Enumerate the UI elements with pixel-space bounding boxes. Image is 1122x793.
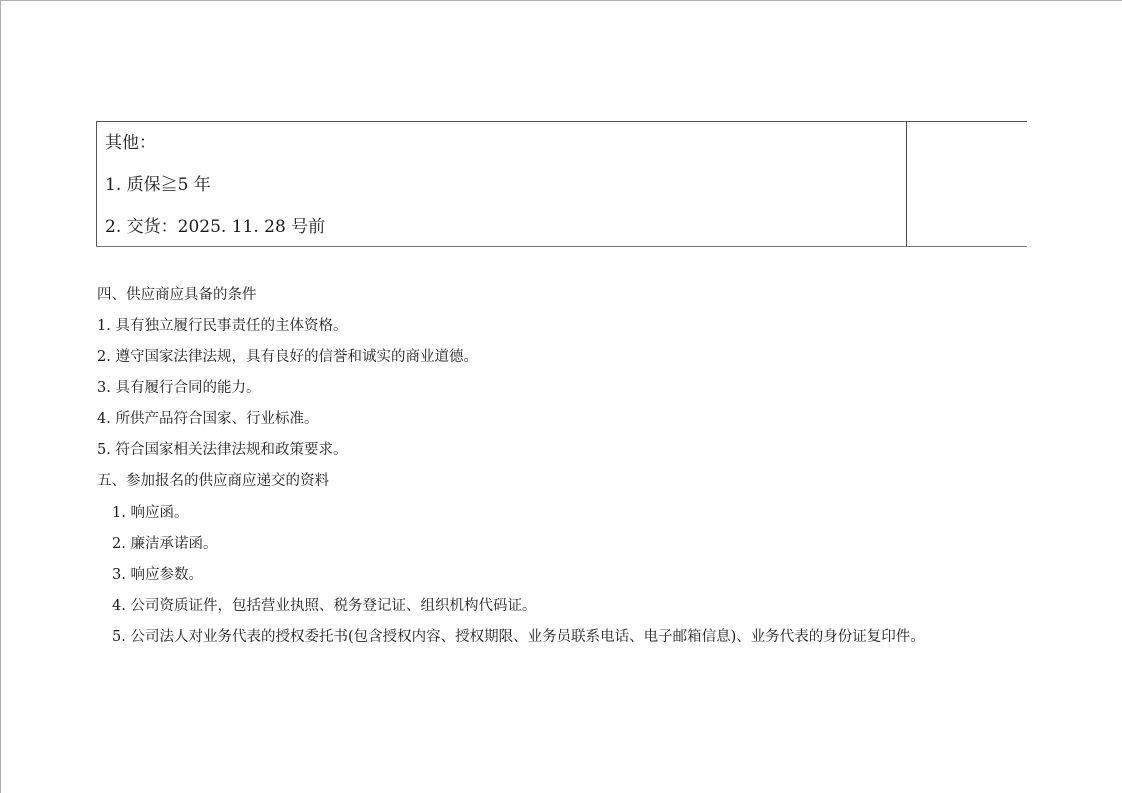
other-requirements-cell: 其他： 1. 质保≧5 年 2. 交货：2025. 11. 28 号前 bbox=[96, 122, 907, 246]
page: 其他： 1. 质保≧5 年 2. 交货：2025. 11. 28 号前 四、供应… bbox=[0, 0, 1122, 793]
section4-item: 2. 遵守国家法律法规，具有良好的信誉和诚实的商业道德。 bbox=[97, 348, 478, 366]
section4-title: 四、供应商应具备的条件 bbox=[97, 286, 257, 304]
section5-item: 5. 公司法人对业务代表的授权委托书(包含授权内容、授权期限、业务员联系电话、电… bbox=[112, 628, 925, 646]
section5-title: 五、参加报名的供应商应递交的资料 bbox=[97, 472, 329, 490]
section5-item: 1. 响应函。 bbox=[112, 504, 188, 522]
warranty-item: 1. 质保≧5 年 bbox=[105, 175, 211, 195]
requirements-table: 其他： 1. 质保≧5 年 2. 交货：2025. 11. 28 号前 bbox=[96, 121, 1027, 247]
section4-item: 3. 具有履行合同的能力。 bbox=[97, 379, 260, 397]
section5-item: 3. 响应参数。 bbox=[112, 566, 203, 584]
section5-item: 2. 廉洁承诺函。 bbox=[112, 535, 217, 553]
section4-item: 1. 具有独立履行民事责任的主体资格。 bbox=[97, 317, 347, 335]
empty-cell bbox=[907, 122, 1027, 246]
section4-item: 4. 所供产品符合国家、行业标准。 bbox=[97, 410, 318, 428]
section5-item: 4. 公司资质证件，包括营业执照、税务登记证、组织机构代码证。 bbox=[112, 597, 536, 615]
delivery-item: 2. 交货：2025. 11. 28 号前 bbox=[105, 217, 325, 237]
section4-item: 5. 符合国家相关法律法规和政策要求。 bbox=[97, 441, 347, 459]
other-heading: 其他： bbox=[105, 133, 156, 153]
